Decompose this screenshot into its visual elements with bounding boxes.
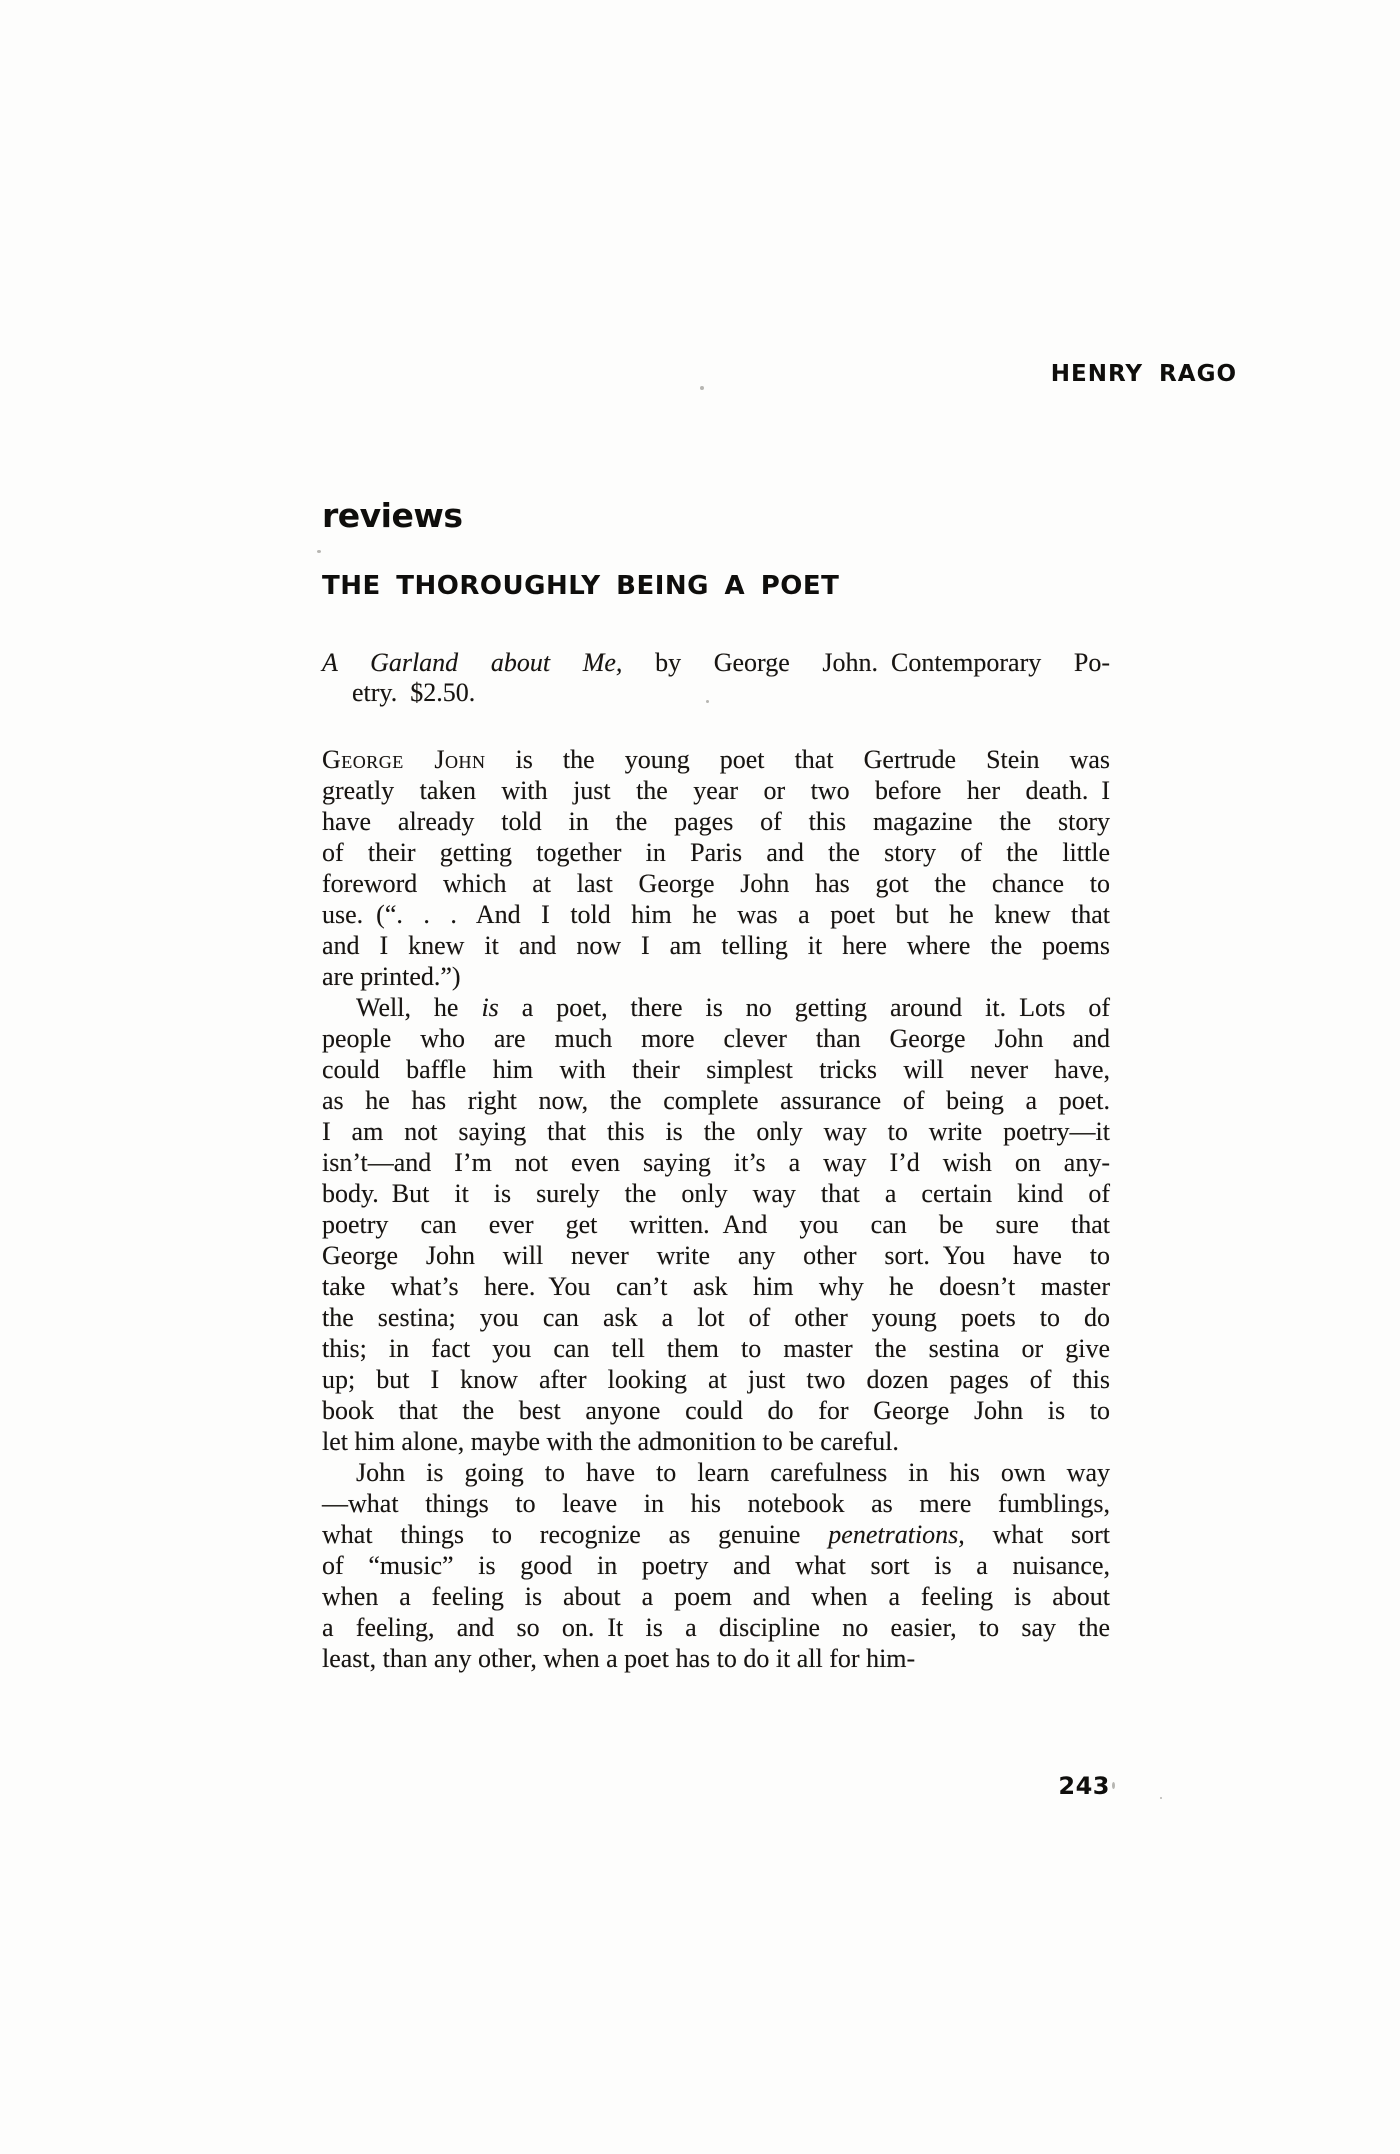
- text-segment: as he has right now, the complete assura…: [322, 1086, 1110, 1115]
- scan-speck: [706, 700, 709, 703]
- text-line: least, than any other, when a poet has t…: [322, 1643, 1110, 1674]
- text-line: as he has right now, the complete assura…: [322, 1085, 1110, 1116]
- text-segment: poetry can ever get written. And you can…: [322, 1210, 1110, 1239]
- text-line: up; but I know after looking at just two…: [322, 1364, 1110, 1395]
- scan-speck: [317, 550, 321, 553]
- text-line: book that the best anyone could do for G…: [322, 1395, 1110, 1426]
- text-line: are printed.”): [322, 961, 1110, 992]
- text-line: a feeling, and so on. It is a discipline…: [322, 1612, 1110, 1643]
- text-segment: the sestina; you can ask a lot of other …: [322, 1303, 1110, 1332]
- scan-speck: [1112, 1782, 1115, 1789]
- text-segment-smallcaps: George John: [322, 745, 485, 774]
- scan-speck: [1160, 1797, 1162, 1799]
- text-segment-italic: A Garland about Me,: [322, 648, 622, 677]
- text-line: this; in fact you can tell them to maste…: [322, 1333, 1110, 1364]
- text-segment: of their getting together in Paris and t…: [322, 838, 1110, 867]
- text-segment: foreword which at last George John has g…: [322, 869, 1110, 898]
- text-segment: is the young poet that Gertrude Stein wa…: [485, 745, 1110, 774]
- text-line: George John is the young poet that Gertr…: [322, 744, 1110, 775]
- text-line: people who are much more clever than Geo…: [322, 1023, 1110, 1054]
- text-segment: use. (“. . . And I told him he was a poe…: [322, 900, 1110, 929]
- scanned-review-page: HENRY RAGO reviews THE THOROUGHLY BEING …: [0, 0, 1400, 2154]
- text-line: John is going to have to learn carefulne…: [322, 1457, 1110, 1488]
- paragraph: A Garland about Me, by George John. Cont…: [322, 648, 1110, 708]
- text-segment: book that the best anyone could do for G…: [322, 1396, 1110, 1425]
- text-line: take what’s here. You can’t ask him why …: [322, 1271, 1110, 1302]
- text-segment: are printed.”): [322, 962, 461, 991]
- paragraph: John is going to have to learn carefulne…: [322, 1457, 1110, 1674]
- paragraph: George John is the young poet that Gertr…: [322, 744, 1110, 992]
- text-segment: what things to recognize as genuine: [322, 1520, 828, 1549]
- text-line: when a feeling is about a poem and when …: [322, 1581, 1110, 1612]
- text-segment: John is going to have to learn carefulne…: [356, 1458, 1110, 1487]
- text-segment-italic: is: [481, 993, 498, 1022]
- text-segment: have already told in the pages of this m…: [322, 807, 1110, 836]
- text-line: use. (“. . . And I told him he was a poe…: [322, 899, 1110, 930]
- text-line: of their getting together in Paris and t…: [322, 837, 1110, 868]
- text-line: and I knew it and now I am telling it he…: [322, 930, 1110, 961]
- text-segment: least, than any other, when a poet has t…: [322, 1644, 915, 1673]
- text-segment: up; but I know after looking at just two…: [322, 1365, 1110, 1394]
- paragraph: Well, he is a poet, there is no getting …: [322, 992, 1110, 1457]
- text-line: have already told in the pages of this m…: [322, 806, 1110, 837]
- text-segment: a feeling, and so on. It is a discipline…: [322, 1613, 1110, 1642]
- text-segment: etry. $2.50.: [352, 678, 475, 707]
- text-line: George John will never write any other s…: [322, 1240, 1110, 1271]
- text-segment: this; in fact you can tell them to maste…: [322, 1334, 1110, 1363]
- text-segment: —what things to leave in his notebook as…: [322, 1489, 1110, 1518]
- article-title: THE THOROUGHLY BEING A POET: [322, 573, 839, 599]
- section-heading-reviews: reviews: [322, 499, 463, 532]
- text-line: foreword which at last George John has g…: [322, 868, 1110, 899]
- text-line: poetry can ever get written. And you can…: [322, 1209, 1110, 1240]
- text-segment: take what’s here. You can’t ask him why …: [322, 1272, 1110, 1301]
- text-line: the sestina; you can ask a lot of other …: [322, 1302, 1110, 1333]
- text-line: what things to recognize as genuine pene…: [322, 1519, 1110, 1550]
- text-line: could baffle him with their simplest tri…: [322, 1054, 1110, 1085]
- text-line: etry. $2.50.: [322, 678, 1110, 708]
- text-line: Well, he is a poet, there is no getting …: [322, 992, 1110, 1023]
- text-segment: what sort: [965, 1520, 1110, 1549]
- text-segment: when a feeling is about a poem and when …: [322, 1582, 1110, 1611]
- text-segment: George John will never write any other s…: [322, 1241, 1110, 1270]
- text-segment: a poet, there is no getting around it. L…: [499, 993, 1110, 1022]
- book-citation: A Garland about Me, by George John. Cont…: [322, 648, 1110, 708]
- text-line: body. But it is surely the only way that…: [322, 1178, 1110, 1209]
- text-line: greatly taken with just the year or two …: [322, 775, 1110, 806]
- text-line: —what things to leave in his notebook as…: [322, 1488, 1110, 1519]
- text-segment: Well, he: [356, 993, 481, 1022]
- text-segment: body. But it is surely the only way that…: [322, 1179, 1110, 1208]
- text-line: A Garland about Me, by George John. Cont…: [322, 648, 1110, 678]
- page-number: 243: [1058, 1774, 1110, 1798]
- running-head-author: HENRY RAGO: [1051, 363, 1237, 386]
- text-segment: could baffle him with their simplest tri…: [322, 1055, 1110, 1084]
- text-segment: let him alone, maybe with the admonition…: [322, 1427, 899, 1456]
- scan-speck: [700, 386, 704, 390]
- text-segment: of “music” is good in poetry and what so…: [322, 1551, 1110, 1580]
- text-line: of “music” is good in poetry and what so…: [322, 1550, 1110, 1581]
- text-segment: isn’t—and I’m not even saying it’s a way…: [322, 1148, 1110, 1177]
- text-segment: people who are much more clever than Geo…: [322, 1024, 1110, 1053]
- text-line: let him alone, maybe with the admonition…: [322, 1426, 1110, 1457]
- text-segment: greatly taken with just the year or two …: [322, 776, 1110, 805]
- text-segment: by George John. Contemporary Po-: [622, 648, 1110, 677]
- text-line: I am not saying that this is the only wa…: [322, 1116, 1110, 1147]
- review-body-text: George John is the young poet that Gertr…: [322, 744, 1110, 1674]
- text-segment-italic: penetrations,: [828, 1520, 965, 1549]
- text-segment: I am not saying that this is the only wa…: [322, 1117, 1110, 1146]
- text-segment: and I knew it and now I am telling it he…: [322, 931, 1110, 960]
- text-line: isn’t—and I’m not even saying it’s a way…: [322, 1147, 1110, 1178]
